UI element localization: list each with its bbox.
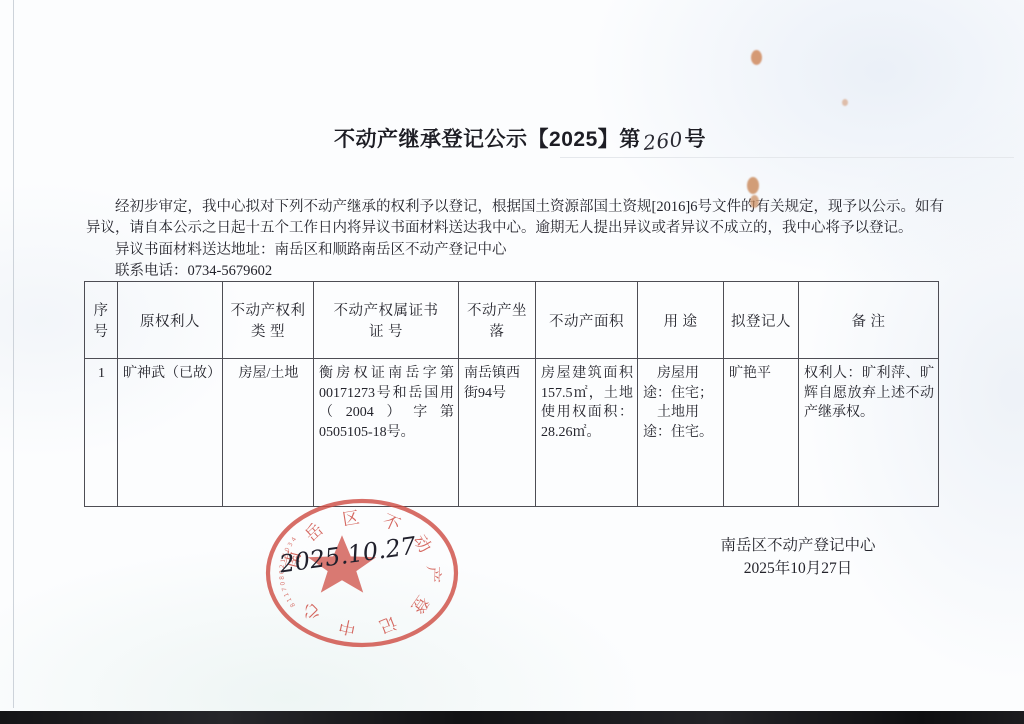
cell-property-location: 南岳镇西街94号: [459, 359, 536, 507]
seal-code-digit: 1: [283, 591, 291, 597]
signature-block: 南岳区不动产登记中心 2025年10月27日: [692, 534, 904, 580]
scan-edge-band: [0, 711, 1024, 724]
seal-code-digit: 4: [290, 536, 298, 543]
cell-usage: 房屋用 途：住宅； 土地用 途：住宅。: [638, 359, 724, 507]
header-right-type: 不动产权利 类 型: [223, 282, 314, 359]
stain-mark: [751, 50, 762, 65]
title-prefix: 不动产继承登记公示【2025】第: [334, 128, 641, 151]
header-proposed-registrant: 拟登记人: [724, 282, 799, 359]
header-property-area: 不动产面积: [536, 282, 638, 359]
document-title: 不动产继承登记公示【2025】第260号: [8, 123, 1024, 153]
seal-text-char: 岳: [301, 520, 326, 545]
stain-mark: [750, 195, 759, 208]
cell-right-type: 房屋/土地: [223, 359, 314, 507]
seal-text-char: 心: [298, 598, 324, 624]
seal-text-char: 不: [380, 511, 403, 535]
cell-certificate-number: 衡房权证南岳字第00171273号和岳国用（2004）字第0505105-18号…: [314, 359, 459, 507]
objection-address-line: 异议书面材料送达地址：南岳区和顺路南岳区不动产登记中心: [86, 240, 944, 261]
cell-proposed-registrant: 旷艳平: [724, 359, 799, 507]
header-usage: 用 途: [638, 282, 724, 359]
cell-original-rightsholder: 旷神武（已故）: [118, 359, 223, 507]
header-remarks: 备 注: [799, 282, 939, 359]
stain-mark: [747, 177, 759, 194]
signature-org: 南岳区不动产登记中心: [692, 534, 904, 557]
page-edge-line: [13, 0, 14, 708]
header-certificate-number: 不动产权属证书 证 号: [314, 282, 459, 359]
scanned-page: 不动产继承登记公示【2025】第260号 经初步审定，我中心拟对下列不动产继承的…: [0, 0, 1024, 711]
registration-table: 序 号 原权利人 不动产权利 类 型 不动产权属证书 证 号 不动产坐 落 不动…: [84, 281, 939, 507]
notice-body: 经初步审定，我中心拟对下列不动产继承的权利予以登记，根据国土资源部国土资规[20…: [86, 197, 944, 283]
contact-phone-line: 联系电话：0734-5679602: [86, 261, 944, 282]
handwritten-document-number: 260: [642, 127, 684, 155]
seal-code-digit: 0: [279, 581, 287, 586]
notice-paragraph: 经初步审定，我中心拟对下列不动产继承的权利予以登记，根据国土资源部国土资规[20…: [86, 197, 944, 240]
seal-code-digit: 7: [281, 586, 289, 592]
seal-text-char: 中: [337, 616, 358, 638]
header-serial-number: 序 号: [85, 282, 118, 359]
header-original-rightsholder: 原权利人: [118, 282, 223, 359]
seal-text-char: 区: [341, 508, 361, 529]
scan-artifact-line: [560, 157, 1014, 158]
stain-mark: [842, 99, 848, 106]
cell-property-area: 房屋建筑面积157.5㎡，土地使用权面积：28.26㎡。: [536, 359, 638, 507]
seal-text-char: 产: [423, 566, 442, 583]
cell-remarks: 权利人：旷利萍、旷辉自愿放弃上述不动产继承权。: [799, 359, 939, 507]
title-suffix: 号: [684, 128, 706, 151]
cell-serial-number: 1: [85, 359, 118, 507]
header-property-location: 不动产坐 落: [459, 282, 536, 359]
signature-date: 2025年10月27日: [692, 557, 904, 580]
table-header-row: 序 号 原权利人 不动产权利 类 型 不动产权属证书 证 号 不动产坐 落 不动…: [85, 282, 939, 359]
seal-text-char: 记: [377, 612, 400, 636]
seal-text-char: 登: [408, 592, 433, 617]
table-row: 1 旷神武（已故） 房屋/土地 衡房权证南岳字第00171273号和岳国用（20…: [85, 359, 939, 507]
